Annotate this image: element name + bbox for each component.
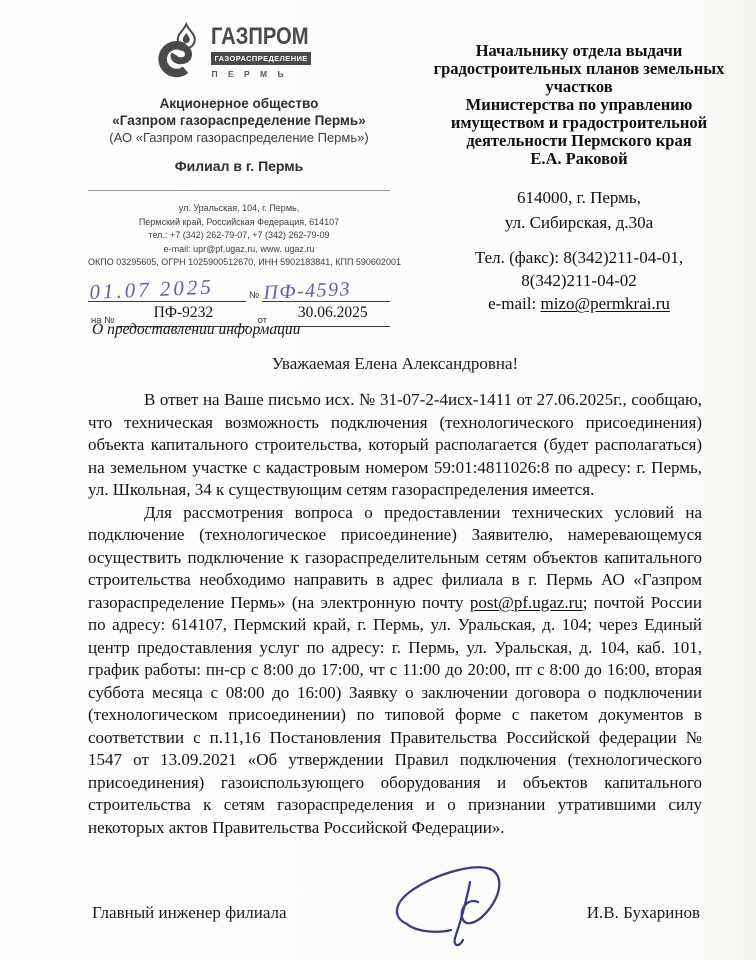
gazprom-logo: ГАЗПРОМ ГАЗОРАСПРЕДЕЛЕНИЕ П Е Р М Ь [88, 20, 390, 84]
sender-email-line: e-mail: upr@pf.ugaz.ru, www. ugaz.ru [88, 243, 390, 257]
org-line: «Газпром газораспределение Пермь» [88, 112, 390, 129]
handwritten-signature-icon [383, 858, 535, 956]
signer-name: И.В. Бухаринов [587, 903, 700, 923]
sender-contacts-block: ул. Уральская, 104, г. Пермь, Пермский к… [88, 202, 390, 270]
logo-brand-text: ГАЗПРОМ [211, 26, 308, 48]
recipient-name: Е.А. Раковой [410, 150, 748, 168]
recipient-title: Начальнику отдела выдачи градостроительн… [410, 42, 748, 168]
handwritten-number: ПФ-4593 [263, 278, 352, 305]
recipient-line: градостроительных планов земельных [410, 60, 748, 78]
body-paragraph-1: В ответ на Ваше письмо исх. № 31-07-2-4и… [88, 389, 702, 502]
salutation: Уважаемая Елена Александровна! [88, 354, 702, 374]
letter-body: В ответ на Ваше письмо исх. № 31-07-2-4и… [88, 389, 702, 839]
recipient-line: Начальнику отдела выдачи [410, 42, 748, 60]
recipient-line: деятельности Пермского края [410, 132, 748, 150]
gazprom-flame-icon [150, 20, 204, 84]
recipient-phone-block: Тел. (факс): 8(342)211-04-01, 8(342)211-… [410, 246, 748, 315]
recipient-line: имуществом и градостроительной [410, 114, 748, 132]
outgoing-date-field: 01.07 2025 [88, 274, 246, 302]
sender-address-line: Пермский край, Российская Федерация, 614… [88, 216, 390, 230]
outgoing-ref-row: 01.07 2025 № ПФ-4593 [88, 275, 390, 302]
logo-city-text: П Е Р М Ь [211, 69, 327, 79]
recipient-email: mizo@permkrai.ru [540, 294, 669, 313]
outgoing-number-field: ПФ-4593 [262, 274, 390, 302]
sender-address-line: ул. Уральская, 104, г. Пермь, [88, 202, 390, 216]
recipient-email-line: e-mail: mizo@permkrai.ru [410, 292, 748, 315]
recipient-phone-line: Тел. (факс): 8(342)211-04-01, [410, 246, 748, 269]
logo-subbrand-text: ГАЗОРАСПРЕДЕЛЕНИЕ [211, 52, 310, 65]
recipient-address-line: 614000, г. Пермь, [410, 185, 748, 210]
paragraph-2-text: ; почтой России по адресу: 614107, Пермс… [88, 593, 702, 837]
recipient-email-label: e-mail: [488, 294, 540, 313]
recipient-address-line: ул. Сибирская, д.30а [410, 210, 748, 235]
signer-title: Главный инженер филиала [92, 903, 287, 923]
logo-wordmark: ГАЗПРОМ ГАЗОРАСПРЕДЕЛЕНИЕ П Е Р М Ь [211, 26, 327, 79]
branch-email: post@pf.ugaz.ru [470, 593, 583, 612]
letterhead-left-column: ГАЗПРОМ ГАЗОРАСПРЕДЕЛЕНИЕ П Е Р М Ь Акци… [88, 20, 390, 327]
sender-registry-line: ОКПО 03295605, ОГРН 1025900512670, ИНН 5… [88, 256, 390, 270]
scanned-letter-page: ГАЗПРОМ ГАЗОРАСПРЕДЕЛЕНИЕ П Е Р М Ь Акци… [0, 0, 756, 960]
recipient-phone-line: 8(342)211-04-02 [410, 269, 748, 292]
organization-name-block: Акционерное общество «Газпром газораспре… [88, 95, 390, 175]
org-line: Акционерное общество [88, 95, 390, 112]
incoming-number: ПФ-9232 [117, 304, 249, 323]
number-sign-label: № [246, 290, 262, 302]
recipient-block: Начальнику отдела выдачи градостроительн… [410, 42, 748, 315]
letter-subject: О предоставлении информации [92, 321, 300, 339]
letterhead-divider [88, 190, 390, 191]
org-branch: Филиал в г. Пермь [88, 158, 390, 175]
sender-phone-line: тел.: +7 (342) 262-79-07, +7 (342) 262-7… [88, 229, 390, 243]
handwritten-date: 01.07 2025 [89, 274, 214, 304]
recipient-line: Министерства по управлению [410, 96, 748, 114]
org-line: (АО «Газпром газораспределение Пермь») [88, 129, 390, 146]
incoming-date: 30.06.2025 [275, 304, 390, 323]
recipient-address: 614000, г. Пермь, ул. Сибирская, д.30а [410, 185, 748, 235]
body-paragraph-2: Для рассмотрения вопроса о предоставлени… [88, 502, 702, 840]
recipient-line: участков [410, 78, 748, 96]
